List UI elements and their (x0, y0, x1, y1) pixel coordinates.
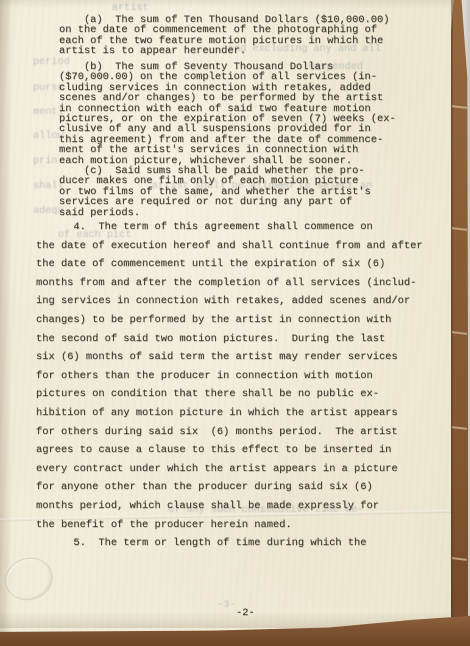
binding-tape-right (451, 0, 468, 646)
typed-line: hibition of any motion picture in which … (36, 404, 423, 423)
typed-line: 4. The term of this agreement shall comm… (36, 218, 423, 237)
typed-line: the second of said two motion pictures. … (36, 330, 423, 349)
typed-line: said periods. (59, 208, 371, 218)
typed-line: the date of commencement until the expir… (36, 255, 423, 274)
binding-tape-right-edge (451, 0, 453, 646)
typed-line: pictures on condition that there shall b… (36, 385, 423, 404)
typed-line: the date of execution hereof and shall c… (36, 237, 423, 256)
typed-line: six (6) months of said term the artist m… (36, 348, 423, 367)
typed-line: for others during said six (6) months pe… (36, 423, 423, 442)
typed-line: months from and after the completion of … (36, 274, 423, 293)
ghost-text-fragment: -3- (217, 600, 235, 611)
clause-b: (b) The sum of Seventy Thousand Dollars(… (59, 62, 396, 166)
scanned-contract-page: artistand excluding any and allperiodsus… (0, 0, 470, 646)
numbered-paragraphs: 4. The term of this agreement shall comm… (36, 218, 423, 553)
typed-line: artist is to appear hereunder. (59, 46, 389, 56)
typed-line: changes) to be performed by the artist i… (36, 311, 423, 330)
typed-line: 5. The term or length of time during whi… (36, 534, 423, 553)
paper-left-edge-shadow (0, 0, 12, 646)
ghost-text-fragment: prin (33, 156, 57, 167)
typed-line: ing services in connection with retakes,… (36, 292, 423, 311)
ghost-text-fragment: artist (112, 3, 149, 14)
clause-c: (c) Said sums shall be paid whether the … (59, 166, 371, 218)
typed-line: agrees to cause a clause to this effect … (36, 441, 423, 460)
paper-top-edge-shadow (0, 0, 457, 8)
clause-a: (a) The sum of Ten Thousand Dollars ($10… (59, 15, 389, 57)
typed-line: for others than the producer in connecti… (36, 367, 423, 386)
typed-line: for anyone other than the producer durin… (36, 478, 423, 497)
typed-line: every contract under which the artist ap… (36, 460, 423, 479)
